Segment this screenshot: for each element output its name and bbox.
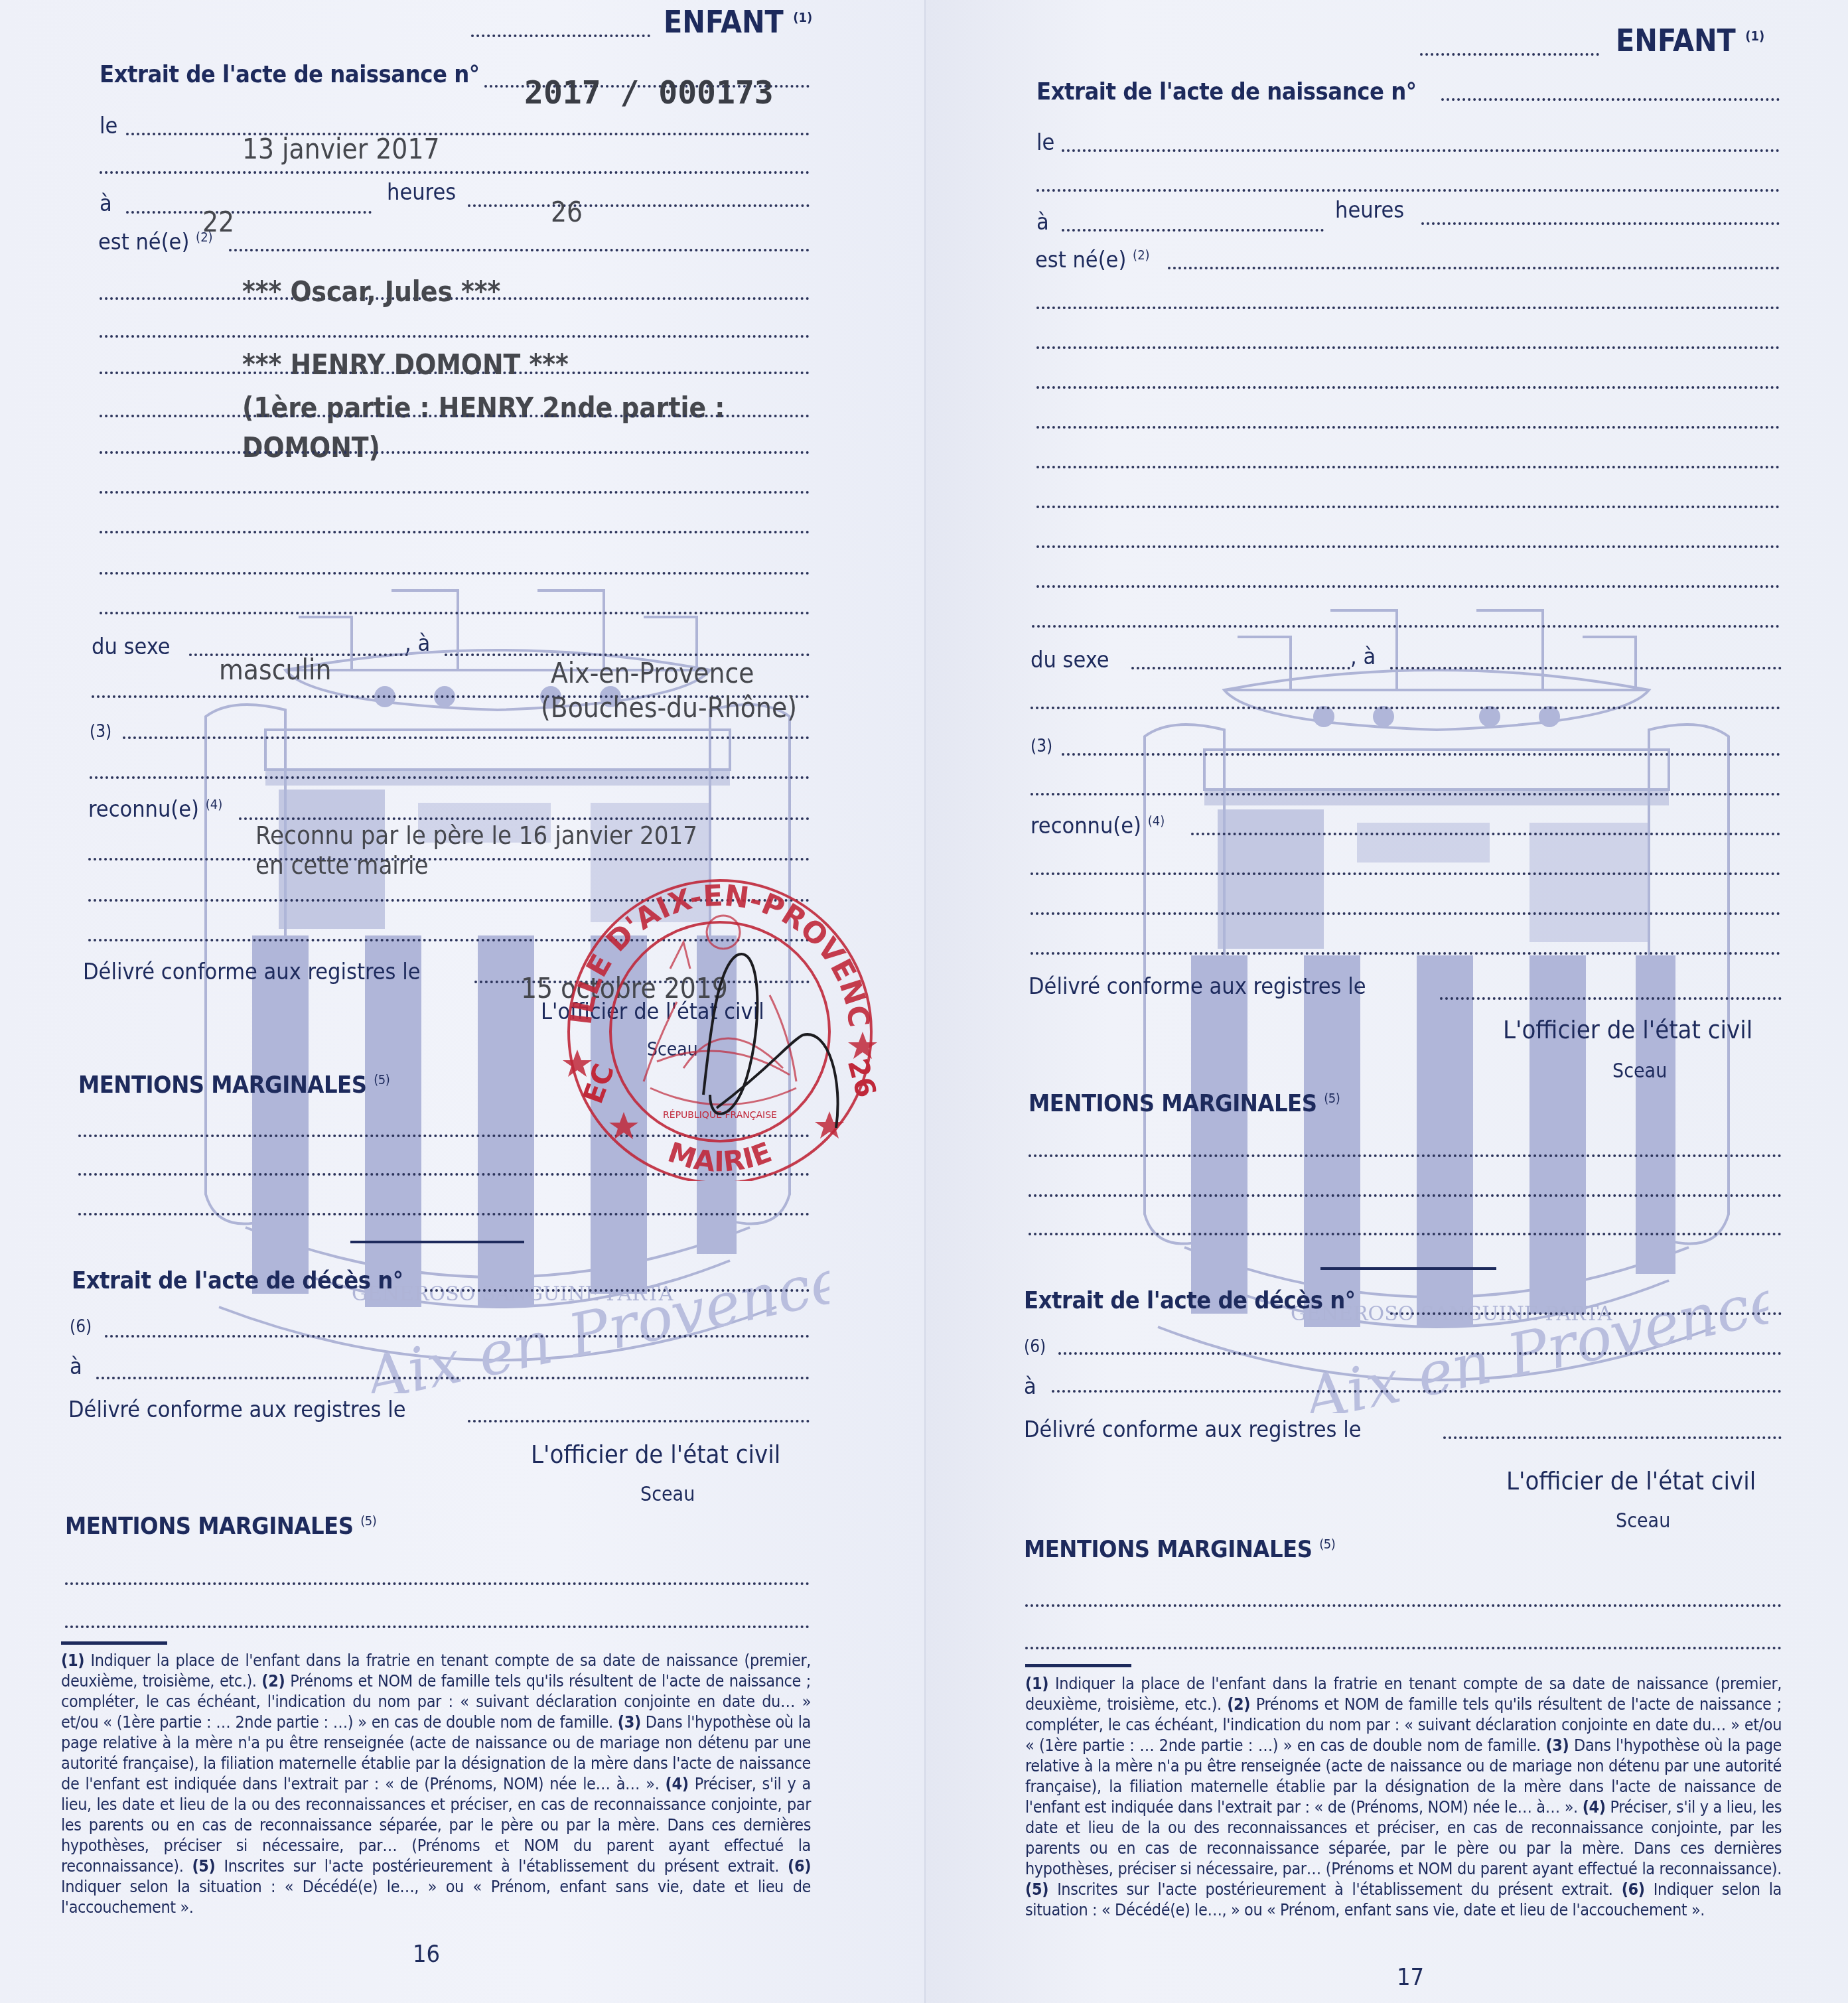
born-label: est né(e) (2) bbox=[98, 229, 213, 255]
right-page: GENEROSO SANGUINE PARTA Aix en Provence … bbox=[926, 0, 1848, 2003]
enfant-heading: ENFANT (1) bbox=[664, 4, 812, 40]
seal-label: Sceau bbox=[1612, 1060, 1667, 1083]
death-marginal-title: MENTIONS MARGINALES (5) bbox=[1024, 1536, 1335, 1563]
footnotes-left: (1) Indiquer la place de l'enfant dans l… bbox=[61, 1650, 811, 1917]
heures-label: heures bbox=[1335, 197, 1404, 224]
death-officer-label: L'officier de l'état civil bbox=[1506, 1466, 1756, 1495]
death-extract-title: Extrait de l'acte de décès n° bbox=[72, 1267, 403, 1294]
page-number-right: 17 bbox=[1397, 1964, 1424, 1991]
a-label: à bbox=[100, 190, 112, 217]
recognized-label: reconnu(e) (4) bbox=[88, 796, 222, 823]
note3-label: (3) bbox=[90, 722, 111, 742]
given-names: *** Oscar, Jules *** bbox=[242, 275, 500, 308]
death-a-label: à bbox=[70, 1353, 82, 1380]
sex-label: du sexe bbox=[92, 634, 171, 660]
recognized-value-2: en cette mairie bbox=[255, 851, 428, 880]
death-seal-label: Sceau bbox=[640, 1483, 695, 1506]
death-officer-label: L'officier de l'état civil bbox=[531, 1440, 780, 1469]
officer-label: L'officier de l'état civil bbox=[1503, 1015, 1752, 1044]
delivered-label: Délivré conforme aux registres le bbox=[83, 959, 421, 985]
place-value-2: (Bouches-du-Rhône) bbox=[541, 691, 797, 724]
place-label: , à bbox=[405, 630, 430, 657]
birth-date: 13 janvier 2017 bbox=[242, 133, 439, 165]
left-page: GENEROSO SANGUINE PARTA Aix en Provence … bbox=[0, 0, 926, 2003]
footnotes-right: (1) Indiquer la place de l'enfant dans l… bbox=[1025, 1673, 1782, 1920]
recognized-label: reconnu(e) (4) bbox=[1031, 813, 1165, 839]
delivered-label: Délivré conforme aux registres le bbox=[1029, 973, 1366, 1000]
surname-detail-1: (1ère partie : HENRY 2nde partie : bbox=[242, 391, 725, 424]
note6-label: (6) bbox=[1024, 1337, 1046, 1357]
enfant-heading: ENFANT (1) bbox=[1616, 23, 1764, 58]
sex-value: masculin bbox=[219, 654, 331, 686]
surname: *** HENRY DOMONT *** bbox=[242, 348, 569, 381]
note6-label: (6) bbox=[70, 1317, 92, 1337]
death-marginal-title: MENTIONS MARGINALES (5) bbox=[65, 1513, 376, 1540]
sex-label: du sexe bbox=[1031, 647, 1109, 673]
page-number-left: 16 bbox=[413, 1941, 440, 1968]
birth-act-number: 2017 / 000173 bbox=[524, 74, 774, 111]
svg-text:26: 26 bbox=[841, 1055, 883, 1101]
note3-label: (3) bbox=[1031, 736, 1052, 756]
marginal-title: MENTIONS MARGINALES (5) bbox=[78, 1071, 390, 1099]
mairie-stamp-icon: VILLE D'AIX-EN-PROVENCE MAIRIE EC 26 RÉP… bbox=[551, 869, 889, 1181]
le-label: le bbox=[100, 113, 117, 139]
marginal-title: MENTIONS MARGINALES (5) bbox=[1029, 1090, 1340, 1117]
le-label: le bbox=[1036, 129, 1054, 156]
birth-extract-title: Extrait de l'acte de naissance n° bbox=[1036, 78, 1416, 105]
heures-label: heures bbox=[387, 179, 456, 206]
death-a-label: à bbox=[1024, 1373, 1036, 1400]
place-label: , à bbox=[1350, 644, 1376, 670]
birth-extract-title: Extrait de l'acte de naissance n° bbox=[100, 61, 479, 88]
place-value-1: Aix-en-Provence bbox=[551, 657, 754, 689]
death-delivered-label: Délivré conforme aux registres le bbox=[1024, 1416, 1362, 1443]
death-extract-title: Extrait de l'acte de décès n° bbox=[1024, 1287, 1355, 1314]
birth-minutes: 26 bbox=[551, 196, 583, 228]
death-seal-label: Sceau bbox=[1616, 1509, 1670, 1533]
born-label: est né(e) (2) bbox=[1035, 247, 1150, 273]
a-label: à bbox=[1036, 209, 1049, 236]
recognized-value-1: Reconnu par le père le 16 janvier 2017 bbox=[255, 821, 697, 850]
death-delivered-label: Délivré conforme aux registres le bbox=[68, 1397, 406, 1423]
surname-detail-2: DOMONT) bbox=[242, 431, 380, 464]
